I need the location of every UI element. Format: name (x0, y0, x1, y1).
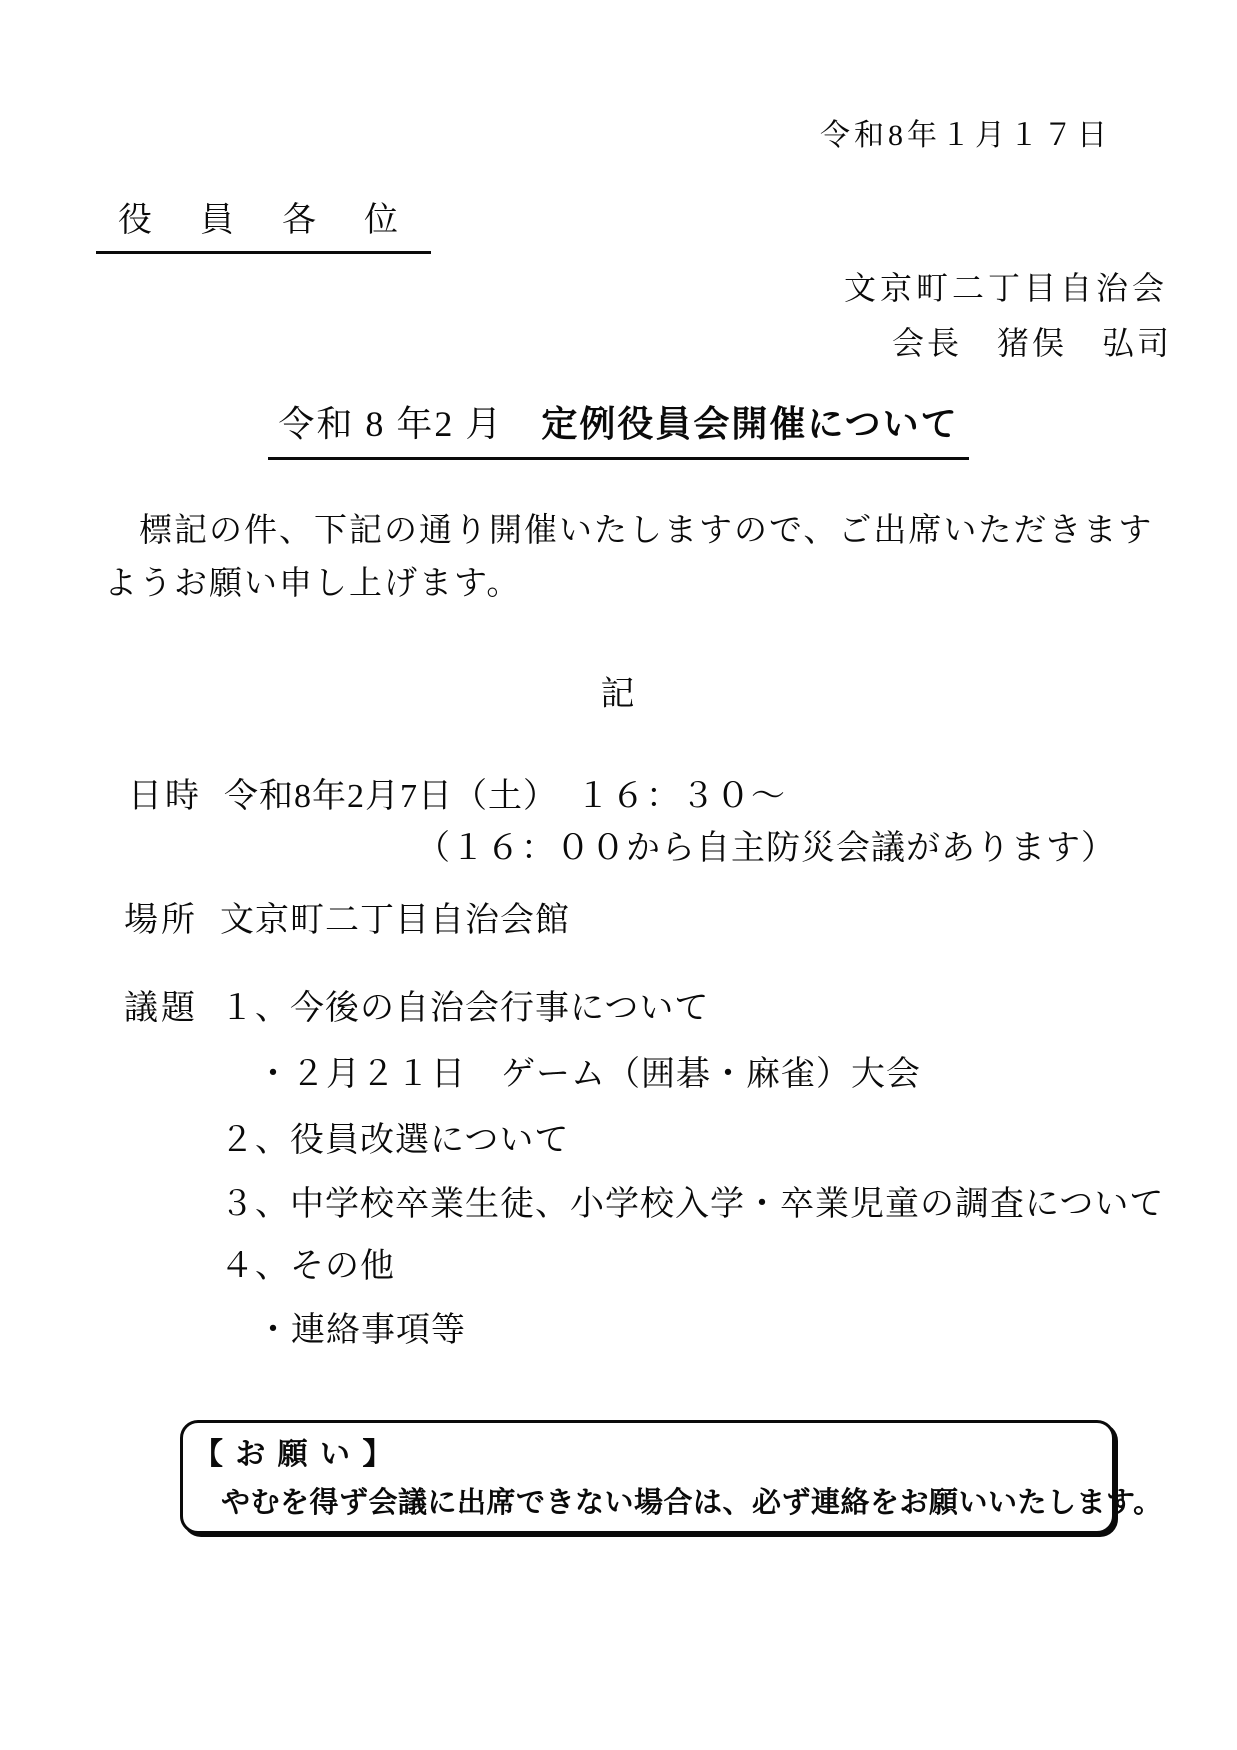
notice-body: やむを得ず会議に出席できない場合は、必ず連絡をお願いいたします。 (221, 1480, 1094, 1521)
place-value: 文京町二丁目自治会館 (220, 902, 570, 939)
agenda-item: ・連絡事項等 (256, 1302, 466, 1351)
notice-box: 【 お 願 い 】 やむを得ず会議に出席できない場合は、必ず連絡をお願いいたしま… (180, 1420, 1115, 1534)
agenda-item: ２、役員改選について (220, 1112, 569, 1161)
title-main: 定例役員会開催について (541, 404, 958, 444)
datetime-value: 令和8年2月7日（土） １６：３０～ (224, 778, 786, 815)
title-prefix: 令和 8 年2 月 (278, 404, 503, 444)
agenda-item: １、今後の自治会行事について (220, 990, 709, 1027)
place-label: 場所 (124, 902, 198, 939)
agenda-row: 議題１、今後の自治会行事について (124, 980, 709, 1029)
datetime-label: 日時 (128, 778, 202, 815)
datetime-note: （１６：００から自主防災会議があります） (416, 820, 1116, 869)
document-title: 令和 8 年2 月 定例役員会開催について (0, 396, 1237, 460)
notice-heading: 【 お 願 い 】 (193, 1435, 1094, 1474)
document-date: 令和8年１月１７日 (820, 110, 1111, 154)
addressee: 役 員 各 位 (96, 192, 431, 254)
agenda-item: ・２月２１日 ゲーム（囲碁・麻雀）大会 (256, 1046, 921, 1095)
document-page: 令和8年１月１７日 役 員 各 位 文京町二丁目自治会 会長 猪俣 弘司 令和 … (0, 0, 1237, 1750)
record-marker: 記 (0, 666, 1237, 715)
datetime-row: 日時令和8年2月7日（土） １６：３０～ (128, 768, 786, 817)
body-line-1: 標記の件、下記の通り開催いたしますので、ご出席いただきます (104, 505, 1153, 558)
sender-organization: 文京町二丁目自治会 (844, 263, 1168, 309)
body-paragraph: 標記の件、下記の通り開催いたしますので、ご出席いただきます ようお願い申し上げま… (104, 505, 1153, 611)
agenda-item: ３、中学校卒業生徒、小学校入学・卒業児童の調査について (220, 1176, 1164, 1225)
agenda-item: ４、その他 (220, 1238, 395, 1287)
place-row: 場所文京町二丁目自治会館 (124, 892, 570, 941)
sender-chairman: 会長 猪俣 弘司 (892, 318, 1172, 364)
agenda-label: 議題 (124, 990, 198, 1027)
body-line-2: ようお願い申し上げます。 (104, 558, 1153, 611)
